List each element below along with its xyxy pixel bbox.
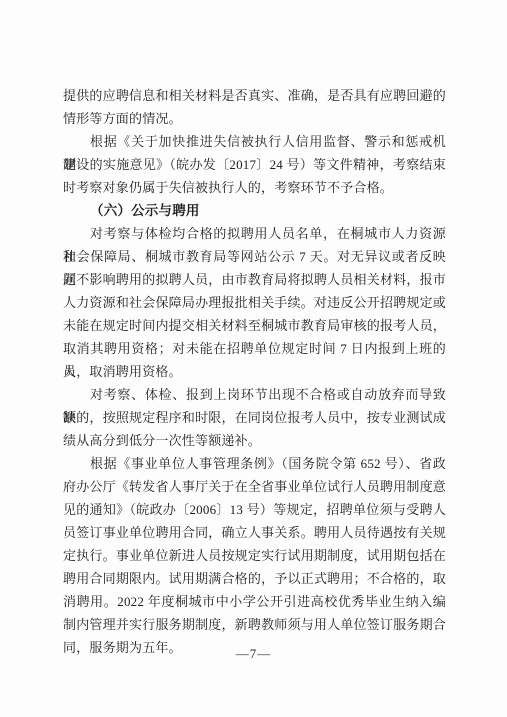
- page-number: —7—: [0, 646, 507, 662]
- text-line: 见的通知》（皖政办〔2006〕13 号）等规定，招聘单位须与受聘人: [63, 498, 446, 521]
- section-heading: （六）公示与聘用: [63, 199, 446, 222]
- text-line: 建设的实施意见》（皖办发〔2017〕24 号）等文件精神，考察结束: [63, 153, 446, 176]
- text-line: 员，取消聘用资格。: [63, 360, 446, 383]
- text-line: 提供的应聘信息和相关材料是否真实、准确，是否具有应聘回避的: [63, 84, 446, 107]
- text-line: 未能在规定时间内提交相关材料至桐城市教育局审核的报考人员，: [63, 314, 446, 337]
- text-line: 情形等方面的情况。: [63, 107, 446, 130]
- text-line: 人力资源和社会保障局办理报批相关手续。对违反公开招聘规定或: [63, 291, 446, 314]
- text-line: 对考察与体检均合格的拟聘用人员名单，在桐城市人力资源和: [63, 222, 446, 245]
- text-line: 社会保障局、桐城市教育局等网站公示 7 天。对无异议或者反映问: [63, 245, 446, 268]
- text-line: 府办公厅《转发省人事厅关于在全省事业单位试行人员聘用制度意: [63, 475, 446, 498]
- text-line: 额的，按照规定程序和时限，在同岗位报考人员中，按专业测试成: [63, 406, 446, 429]
- document-page: 提供的应聘信息和相关材料是否真实、准确，是否具有应聘回避的 情形等方面的情况。 …: [0, 0, 507, 717]
- text-line: 消聘用。2022 年度桐城市中小学公开引进高校优秀毕业生纳入编: [63, 590, 446, 613]
- text-line: 定执行。事业单位新进人员按规定实行试用期制度，试用期包括在: [63, 544, 446, 567]
- text-line: 根据《事业单位人事管理条例》（国务院令第 652 号）、省政: [63, 452, 446, 475]
- text-line: 绩从高分到低分一次性等额递补。: [63, 429, 446, 452]
- text-line: 根据《关于加快推进失信被执行人信用监督、警示和惩戒机制: [63, 130, 446, 153]
- text-line: 时考察对象仍属于失信被执行人的，考察环节不予合格。: [63, 176, 446, 199]
- text-line: 题不影响聘用的拟聘人员，由市教育局将拟聘人员相关材料，报市: [63, 268, 446, 291]
- text-line: 取消其聘用资格；对未能在招聘单位规定时间 7 日内报到上班的人: [63, 337, 446, 360]
- text-line: 员签订事业单位聘用合同，确立人事关系。聘用人员待遇按有关规: [63, 521, 446, 544]
- text-line: 制内管理并实行服务期制度，新聘教师须与用人单位签订服务期合: [63, 613, 446, 636]
- text-block: 提供的应聘信息和相关材料是否真实、准确，是否具有应聘回避的 情形等方面的情况。 …: [63, 84, 446, 659]
- text-line: 聘用合同期限内。试用期满合格的，予以正式聘用；不合格的，取: [63, 567, 446, 590]
- text-line: 对考察、体检、报到上岗环节出现不合格或自动放弃而导致缺: [63, 383, 446, 406]
